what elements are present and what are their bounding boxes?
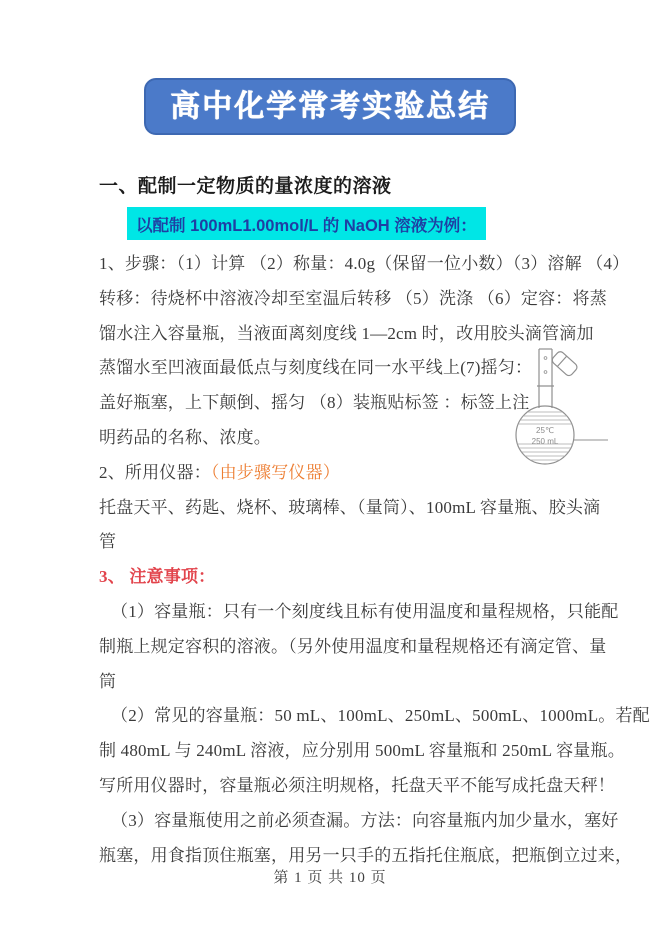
instruments-heading-line: 2、所用仪器：（由步骤写仪器） (99, 456, 565, 491)
steps-line: 转移：待烧杯中溶液冷却至室温后转移 （5）洗涤 （6）定容：将蒸 (99, 282, 565, 317)
document-title-banner: 高中化学常考实验总结 (144, 78, 516, 135)
body-text: 1、步骤：（1）计算 （2）称量：4.0g（保留一位小数）（3）溶解 （4） 转… (99, 247, 565, 873)
flask-temp-label: 25℃ (536, 426, 554, 435)
note-line: （1）容量瓶：只有一个刻度线且标有使用温度和量程规格，只能配 (99, 595, 565, 630)
flask-stopper (551, 350, 579, 377)
note-line: （3）容量瓶使用之前必须查漏。方法：向容量瓶内加少量水，塞好 (99, 804, 565, 839)
steps-line: 盖好瓶塞，上下颠倒、摇匀 （8）装瓶贴标签 ：标签上注 (99, 386, 565, 421)
document-page: 高中化学常考实验总结 一、配制一定物质的量浓度的溶液 以配制 100mL1.00… (0, 0, 660, 934)
note-line: 写所用仪器时，容量瓶必须注明规格，托盘天平不能写成托盘天秤！ (99, 769, 565, 804)
note-line: 制 480mL 与 240mL 溶液，应分别用 500mL 容量瓶和 250mL… (99, 734, 565, 769)
note-line: 制瓶上规定容积的溶液。（另外使用温度和量程规格还有滴定管、量 (99, 630, 565, 665)
flask-volume-label: 250 mL (532, 437, 559, 446)
page-footer: 第 1 页 共 10 页 (0, 866, 660, 887)
volumetric-flask-icon: 25℃ 250 mL (503, 346, 609, 470)
steps-line: 1、步骤：（1）计算 （2）称量：4.0g（保留一位小数）（3）溶解 （4） (99, 247, 565, 282)
example-highlight-row: 以配制 100mL1.00mol/L 的 NaOH 溶液为例： (99, 207, 565, 240)
note-line: 筒 (99, 665, 565, 700)
section-heading: 一、配制一定物质的量浓度的溶液 (99, 171, 565, 198)
steps-line: 明药品的名称、浓度。 (99, 421, 565, 456)
instruments-hint: （由步骤写仪器） (211, 463, 340, 482)
steps-line: 蒸馏水至凹液面最低点与刻度线在同一水平线上(7)摇匀： (99, 351, 565, 386)
banner-container: 高中化学常考实验总结 (0, 0, 660, 135)
instruments-label: 2、所用仪器： (99, 463, 211, 482)
instruments-line: 托盘天平、药匙、烧杯、玻璃棒、（量筒）、100mL 容量瓶、胶头滴 (99, 491, 565, 526)
volumetric-flask-figure: 25℃ 250 mL (503, 346, 609, 470)
instruments-line: 管 (99, 525, 565, 560)
steps-line: 馏水注入容量瓶，当液面离刻度线 1—2cm 时，改用胶头滴管滴加 (99, 317, 565, 352)
example-highlight: 以配制 100mL1.00mol/L 的 NaOH 溶液为例： (127, 207, 486, 240)
note-line: （2）常见的容量瓶：50 mL、100mL、250mL、500mL、1000mL… (99, 699, 565, 734)
notes-heading: 3、 注意事项： (99, 560, 565, 595)
page-content: 一、配制一定物质的量浓度的溶液 以配制 100mL1.00mol/L 的 NaO… (99, 171, 565, 873)
